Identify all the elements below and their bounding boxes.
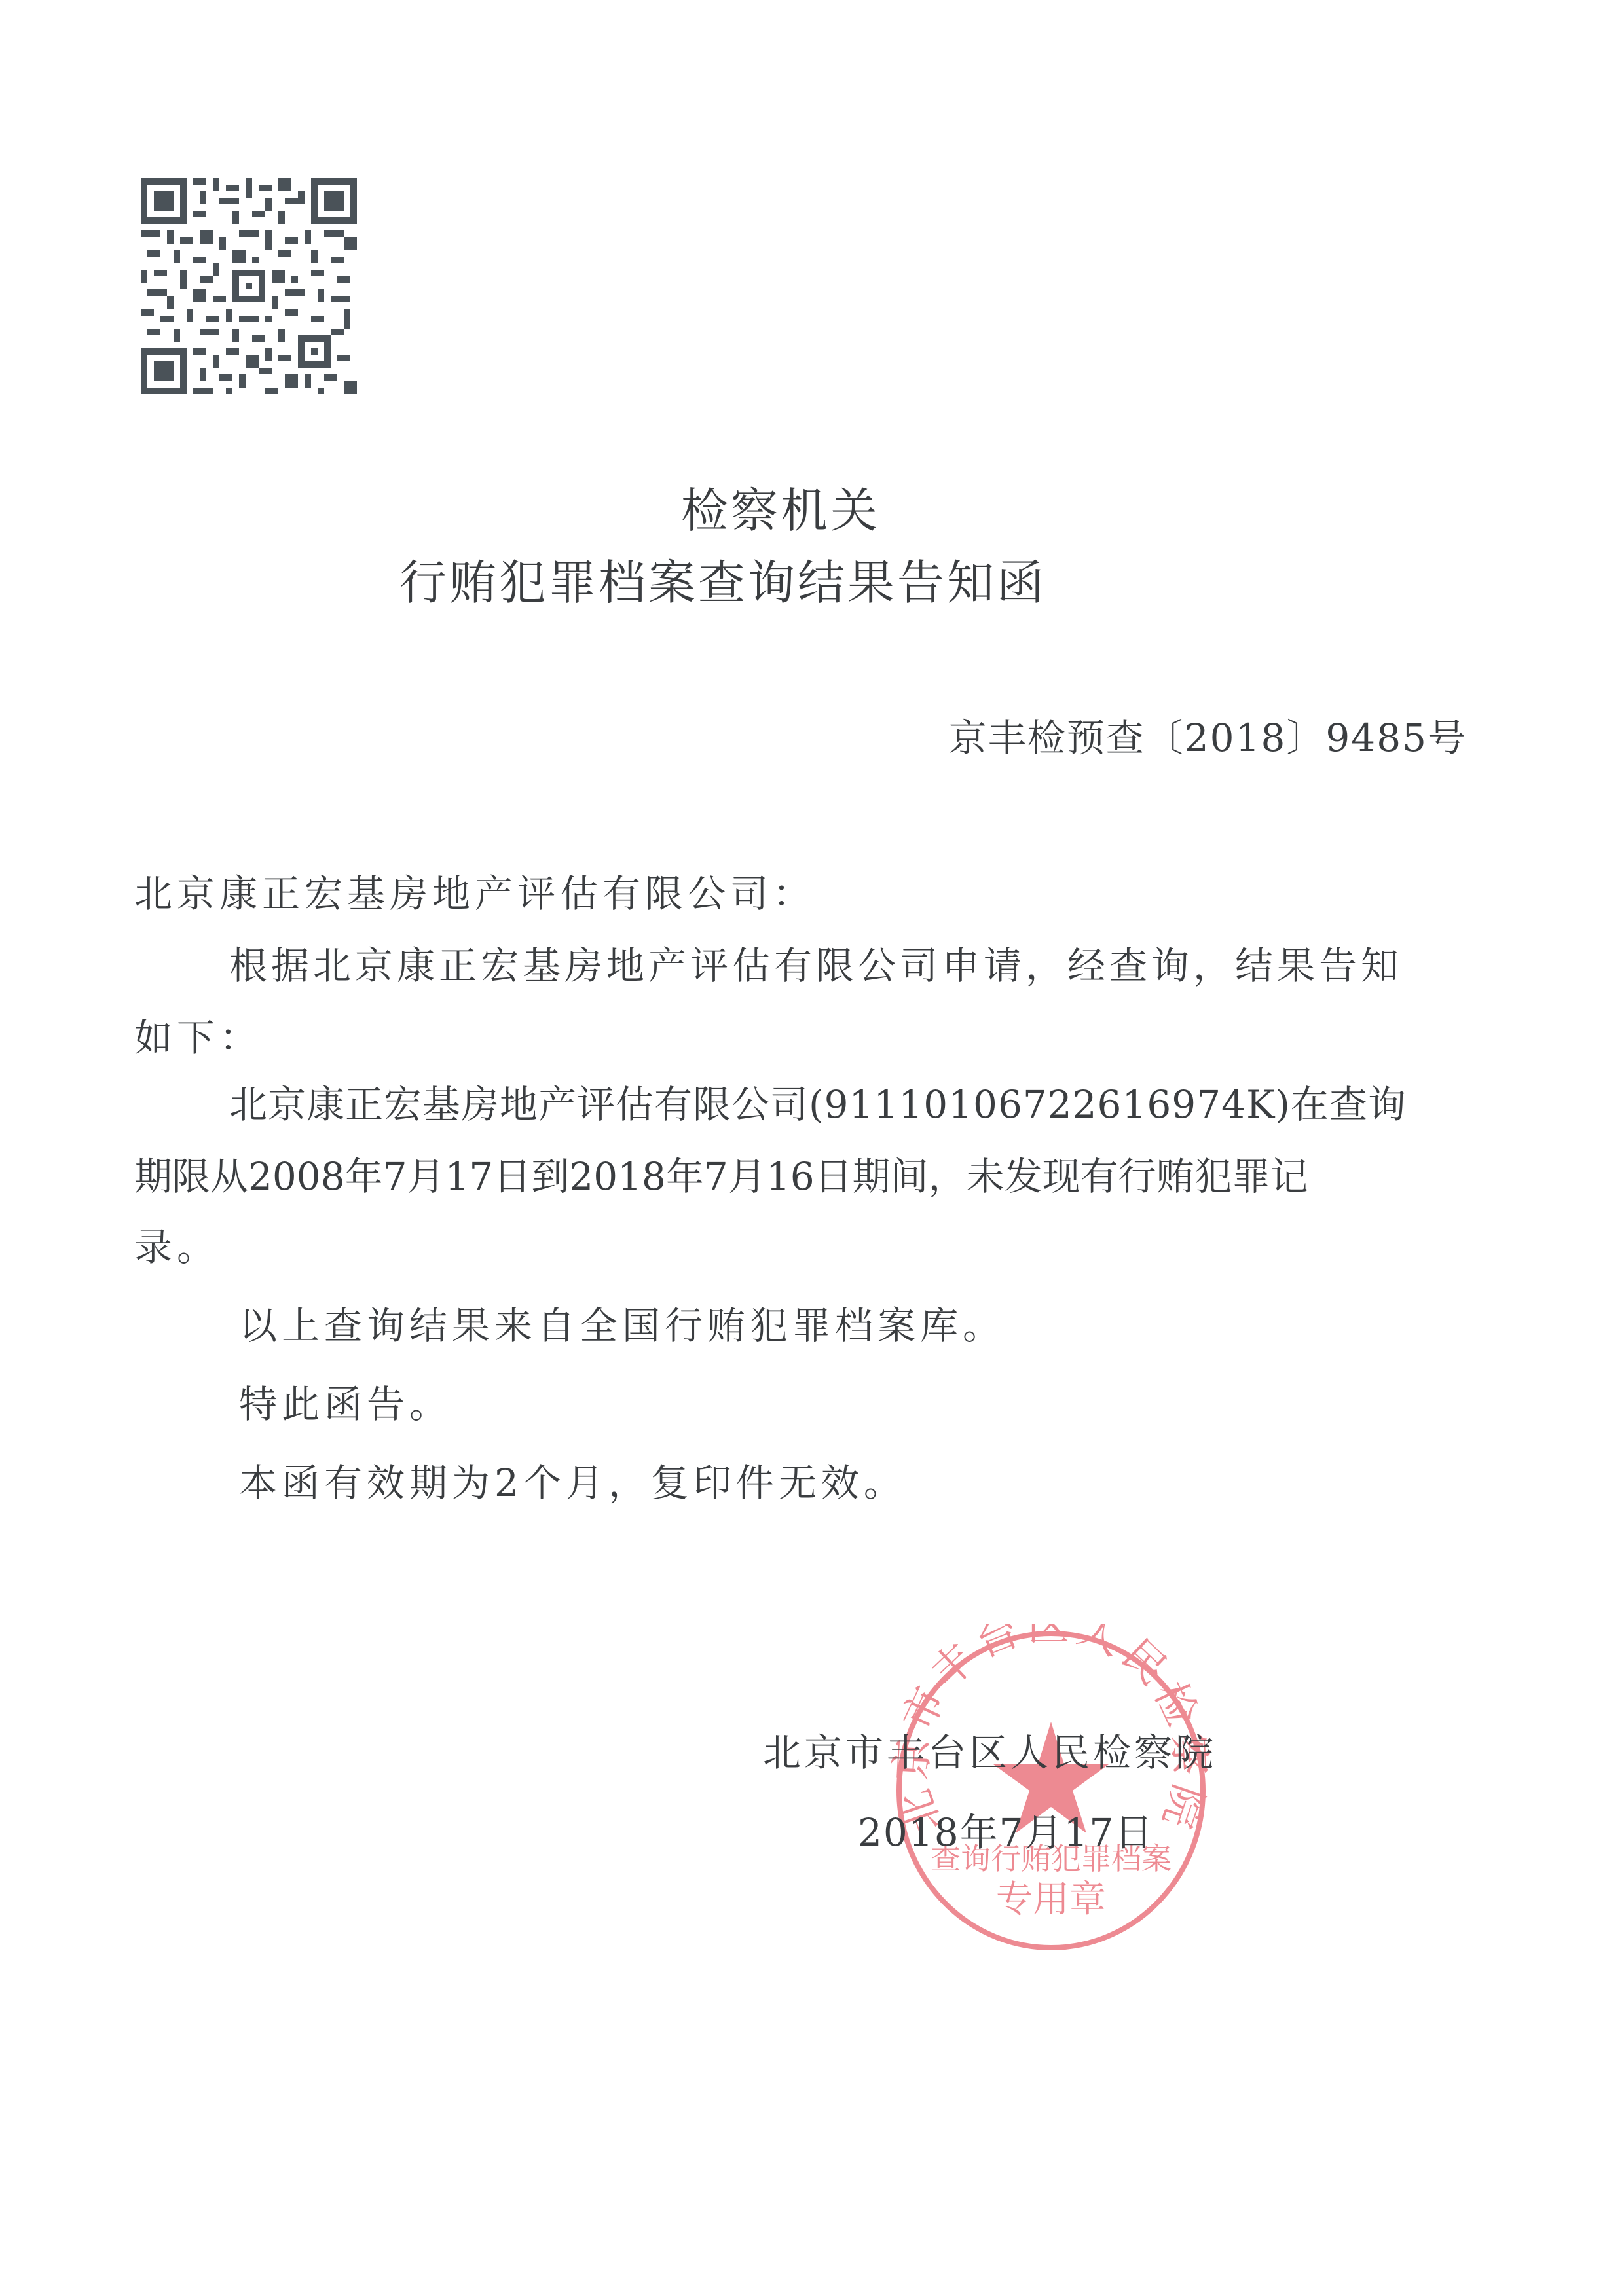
paragraph-5: 本函有效期为2个月，复印件无效。 xyxy=(239,1452,906,1507)
issue-date: 2018年7月17日 xyxy=(858,1802,1154,1857)
paragraph-4: 特此函告。 xyxy=(239,1374,452,1429)
official-seal-stamp: 北京市丰台区人民检察院 查询行贿犯罪档案 专用章 xyxy=(887,1624,1215,1958)
document-title-line1: 检察机关 xyxy=(681,473,880,541)
salutation: 北京康正宏基房地产评估有限公司： xyxy=(134,863,815,918)
issuer-name: 北京市丰台区人民检察院 xyxy=(763,1722,1217,1777)
document-title-line2: 行贿犯罪档案查询结果告知函 xyxy=(399,545,1046,613)
paragraph-2-line-3: 录。 xyxy=(134,1216,219,1271)
paragraph-2-line-1: 北京康正宏基房地产评估有限公司(91110106722616974K)在查询 xyxy=(229,1074,1407,1129)
paragraph-2-line-2: 期限从2008年7月17日到2018年7月16日期间，未发现有行贿犯罪记 xyxy=(134,1146,1308,1201)
paragraph-3: 以上查询结果来自全国行贿犯罪档案库。 xyxy=(239,1295,1005,1350)
svg-text:专用章: 专用章 xyxy=(996,1878,1106,1921)
paragraph-1-line-1: 根据北京康正宏基房地产评估有限公司申请，经查询，结果告知 xyxy=(229,935,1403,990)
paragraph-1-line-2: 如下： xyxy=(134,1007,262,1062)
document-number: 京丰检预查〔2018〕9485号 xyxy=(949,707,1467,762)
qr-code-icon xyxy=(141,178,357,394)
